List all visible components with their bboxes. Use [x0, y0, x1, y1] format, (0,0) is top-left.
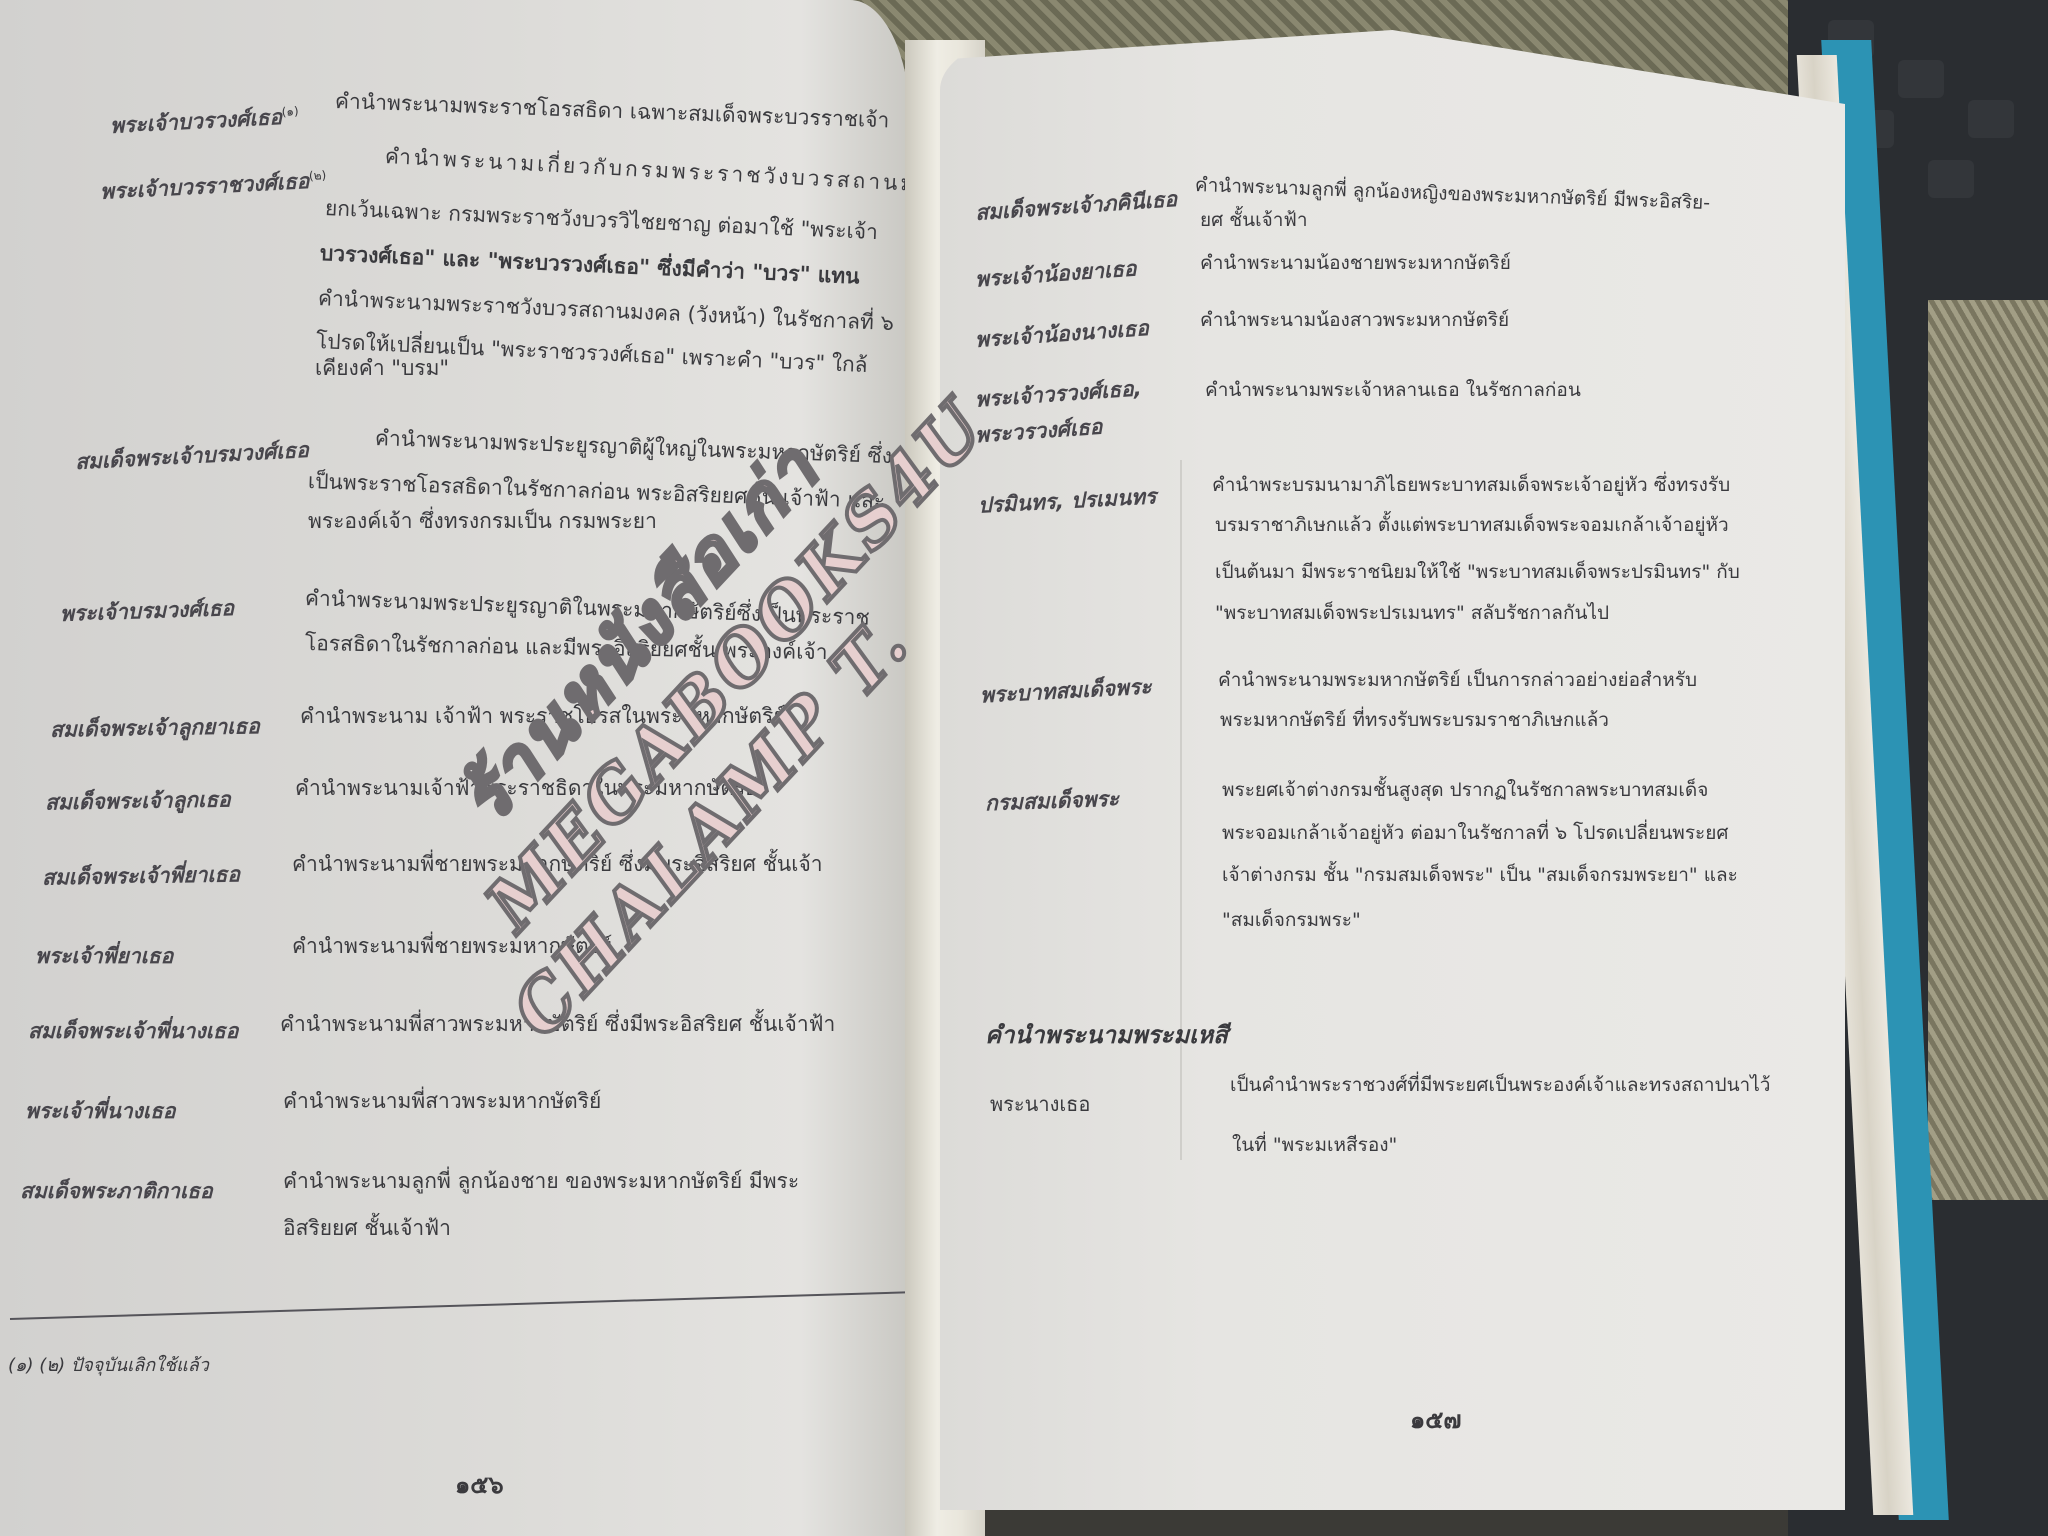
entry-definition: คำนำพระนามพี่สาวพระมหากษัตริย์ ซึ่งมีพระ…: [280, 1008, 835, 1041]
entry-definition: คำนำพระนามพี่สาวพระมหากษัตริย์: [283, 1085, 601, 1118]
entry-definition: คำนำพระนามพระราชโอรสธิดา เฉพาะสมเด็จพระบ…: [334, 85, 889, 137]
entry-term: พระเจ้าบวรวงศ์เธอ(๑): [109, 100, 300, 143]
entry-definition: คำนำพระนาม เจ้าฟ้า พระราชโอรสในพระมหากษั…: [300, 700, 786, 733]
entry-definition: พระยศเจ้าต่างกรมชั้นสูงสุด ปรากฏในรัชกาล…: [1222, 775, 1708, 805]
keyboard-key: [1928, 160, 1974, 198]
entry-definition: คำนำพระบรมนามาภิไธยพระบาทสมเด็จพระเจ้าอย…: [1212, 470, 1730, 500]
keyboard-key: [1898, 60, 1944, 98]
entry-term: พระนางเธอ: [990, 1088, 1090, 1120]
entry-definition: คำนำพระนามเจ้าฟ้าพระราชธิดาในพระมหากษัตร…: [295, 772, 758, 805]
footnote-divider: [10, 1291, 910, 1320]
entry-term: สมเด็จพระเจ้าบรมวงศ์เธอ: [74, 434, 309, 479]
page-number: ๑๕๗: [1410, 1400, 1461, 1439]
left-page: พระเจ้าบวรวงศ์เธอ(๑) คำนำพระนามพระราชโอร…: [0, 0, 910, 1536]
entry-definition: คำนำพระนามพระประยูรญาติในพระมหากษัตริย์ซ…: [304, 582, 870, 635]
entry-definition: "สมเด็จกรมพระ": [1222, 905, 1361, 935]
entry-definition: ยศ ชั้นเจ้าฟ้า: [1200, 205, 1308, 235]
section-heading: คำนำพระนามพระมเหสี: [985, 1015, 1228, 1054]
entry-definition: เป็นคำนำพระราชวงศ์ที่มีพระยศเป็นพระองค์เ…: [1230, 1070, 1770, 1100]
entry-definition: บรมราชาภิเษกแล้ว ตั้งแต่พระบาทสมเด็จพระจ…: [1215, 510, 1729, 540]
entry-term: สมเด็จพระเจ้าพี่นางเธอ: [28, 1015, 238, 1048]
entry-term: พระเจ้าบรมวงศ์เธอ: [59, 592, 234, 631]
entry-term: สมเด็จพระภาติกาเธอ: [20, 1175, 213, 1208]
entry-definition: พระจอมเกล้าเจ้าอยู่หัว ต่อมาในรัชกาลที่ …: [1222, 818, 1728, 848]
entry-definition: คำนำพระนามพี่ชายพระมหากษัตริย์ ซึ่งมีพระ…: [292, 848, 823, 881]
entry-definition: พระมหากษัตริย์ ที่ทรงรับพระบรมราชาภิเษกแ…: [1220, 705, 1609, 735]
entry-definition: คำนำพระนามพระมหากษัตริย์ เป็นการกล่าวอย่…: [1218, 665, 1697, 695]
entry-definition: คำนำพระนามเกี่ยวกับกรมพระราชวังบวรสถานมง…: [384, 140, 964, 203]
entry-term: พระเจ้าพี่นางเธอ: [25, 1095, 176, 1128]
entry-term: สมเด็จพระเจ้าพี่ยาเธอ: [42, 858, 241, 894]
entry-definition: เจ้าต่างกรม ชั้น "กรมสมเด็จพระ" เป็น "สม…: [1222, 860, 1738, 890]
entry-term: พระเจ้าบวรราชวงศ์เธอ(๒): [99, 164, 327, 209]
background-mat-right: [1928, 300, 2048, 1200]
table-divider: [1180, 460, 1182, 1160]
entry-definition: เคียงคำ "บรม": [315, 352, 449, 385]
entry-definition: "พระบาทสมเด็จพระปรเมนทร" สลับรัชกาลกันไป: [1215, 598, 1609, 628]
entry-definition: พระองค์เจ้า ซึ่งทรงกรมเป็น กรมพระยา: [308, 505, 657, 538]
entry-term: พระเจ้าพี่ยาเธอ: [35, 940, 173, 973]
entry-term: สมเด็จพระเจ้าลูกยาเธอ: [50, 710, 260, 747]
footnote: (๑) (๒) ปัจจุบันเลิกใช้แล้ว: [8, 1350, 209, 1379]
entry-definition: คำนำพระนามน้องชายพระมหากษัตริย์: [1200, 248, 1511, 278]
entry-definition: เป็นต้นมา มีพระราชนิยมให้ใช้ "พระบาทสมเด…: [1215, 557, 1740, 587]
entry-definition: คำนำพระนามลูกพี่ ลูกน้องชาย ของพระมหากษั…: [283, 1165, 799, 1198]
entry-term: กรมสมเด็จพระ: [984, 783, 1119, 821]
entry-definition: ในที่ "พระมเหสีรอง": [1232, 1130, 1397, 1160]
entry-definition: คำนำพระนามพี่ชายพระมหากษัตริย์: [292, 930, 612, 963]
entry-definition: คำนำพระนามพระเจ้าหลานเธอ ในรัชกาลก่อน: [1205, 375, 1581, 405]
entry-definition: อิสริยยศ ชั้นเจ้าฟ้า: [283, 1212, 451, 1245]
entry-definition: คำนำพระนามพระประยูรญาติผู้ใหญ่ในพระมหากษ…: [374, 422, 892, 473]
page-number: ๑๕๖: [455, 1465, 504, 1504]
keyboard-key: [1968, 100, 2014, 138]
entry-term: สมเด็จพระเจ้าลูกเธอ: [45, 783, 231, 819]
entry-definition: คำนำพระนามน้องสาวพระมหากษัตริย์: [1200, 305, 1509, 335]
entry-definition: โอรสธิดาในรัชกาลก่อน และมีพระอิสริยยศชั้…: [305, 627, 828, 669]
